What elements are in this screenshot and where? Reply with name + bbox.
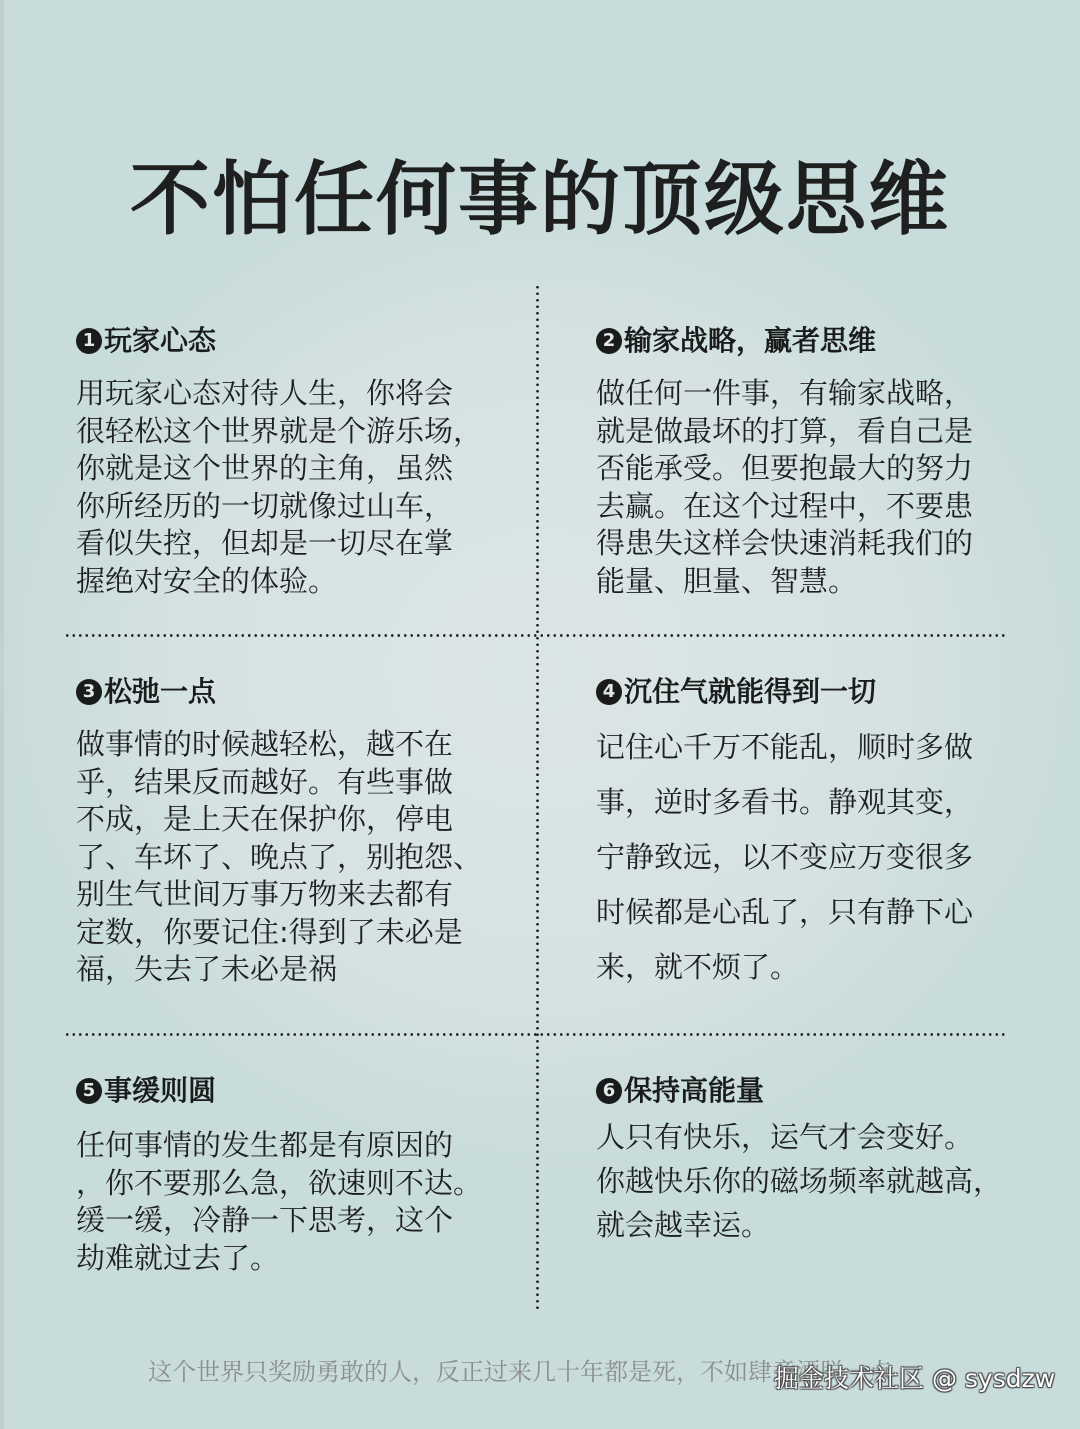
horizontal-dotted-divider-top xyxy=(64,634,1008,637)
section-heading-text: 玩家心态 xyxy=(104,321,216,361)
background-glow xyxy=(0,170,1080,1170)
watermark: 掘金技术社区 @ sysdzw xyxy=(774,1362,1055,1396)
page-title: 不怕任何事的顶级思维 xyxy=(0,152,1080,248)
section-heading: 1 玩家心态 xyxy=(76,321,516,361)
section-heading: 3 松弛一点 xyxy=(76,672,516,712)
section-heading: 2 输家战略，赢者思维 xyxy=(596,321,1036,361)
section-body: 人只有快乐，运气才会变好。 你越快乐你的磁场频率就越高， 就会越幸运。 xyxy=(596,1115,1036,1247)
number-badge-icon: 2 xyxy=(596,328,622,354)
section-heading: 5 事缓则圆 xyxy=(76,1071,516,1111)
section-heading-text: 沉住气就能得到一切 xyxy=(624,672,876,712)
section-heading-text: 松弛一点 xyxy=(104,672,216,712)
section-body: 做事情的时候越轻松，越不在 乎，结果反而越好。有些事做 不成，是上天在保护你，停… xyxy=(76,726,516,989)
number-badge-icon: 5 xyxy=(76,1078,102,1104)
section-body: 任何事情的发生都是有原因的 ，你不要那么急，欲速则不达。 缓一缓，冷静一下思考，… xyxy=(76,1127,516,1277)
horizontal-dotted-divider-bottom xyxy=(64,1033,1008,1036)
section-stay-calm: 4 沉住气就能得到一切 记住心千万不能乱，顺时多做 事，逆时多看书。静观其变， … xyxy=(596,672,1036,995)
number-badge-icon: 4 xyxy=(596,679,622,705)
section-heading-text: 输家战略，赢者思维 xyxy=(624,321,876,361)
number-badge-icon: 1 xyxy=(76,328,102,354)
section-relax: 3 松弛一点 做事情的时候越轻松，越不在 乎，结果反而越好。有些事做 不成，是上… xyxy=(76,672,516,989)
section-loser-strategy-winner-mindset: 2 输家战略，赢者思维 做任何一件事，有输家战略， 就是做最坏的打算，看自己是 … xyxy=(596,321,1036,600)
vertical-dotted-divider xyxy=(536,284,539,1310)
section-body: 用玩家心态对待人生，你将会 很轻松这个世界就是个游乐场， 你就是这个世界的主角，… xyxy=(76,375,516,600)
section-high-energy: 6 保持高能量 人只有快乐，运气才会变好。 你越快乐你的磁场频率就越高， 就会越… xyxy=(596,1071,1036,1247)
section-slow-down: 5 事缓则圆 任何事情的发生都是有原因的 ，你不要那么急，欲速则不达。 缓一缓，… xyxy=(76,1071,516,1277)
section-heading-text: 事缓则圆 xyxy=(104,1071,216,1111)
number-badge-icon: 3 xyxy=(76,679,102,705)
section-body: 记住心千万不能乱，顺时多做 事，逆时多看书。静观其变， 宁静致远，以不变应万变很… xyxy=(596,720,1036,995)
section-heading: 6 保持高能量 xyxy=(596,1071,1036,1111)
section-body: 做任何一件事，有输家战略， 就是做最坏的打算，看自己是 否能承受。但要抱最大的努… xyxy=(596,375,1036,600)
section-heading-text: 保持高能量 xyxy=(624,1071,764,1111)
number-badge-icon: 6 xyxy=(596,1078,622,1104)
section-player-mindset: 1 玩家心态 用玩家心态对待人生，你将会 很轻松这个世界就是个游乐场， 你就是这… xyxy=(76,321,516,600)
section-heading: 4 沉住气就能得到一切 xyxy=(596,672,1036,712)
